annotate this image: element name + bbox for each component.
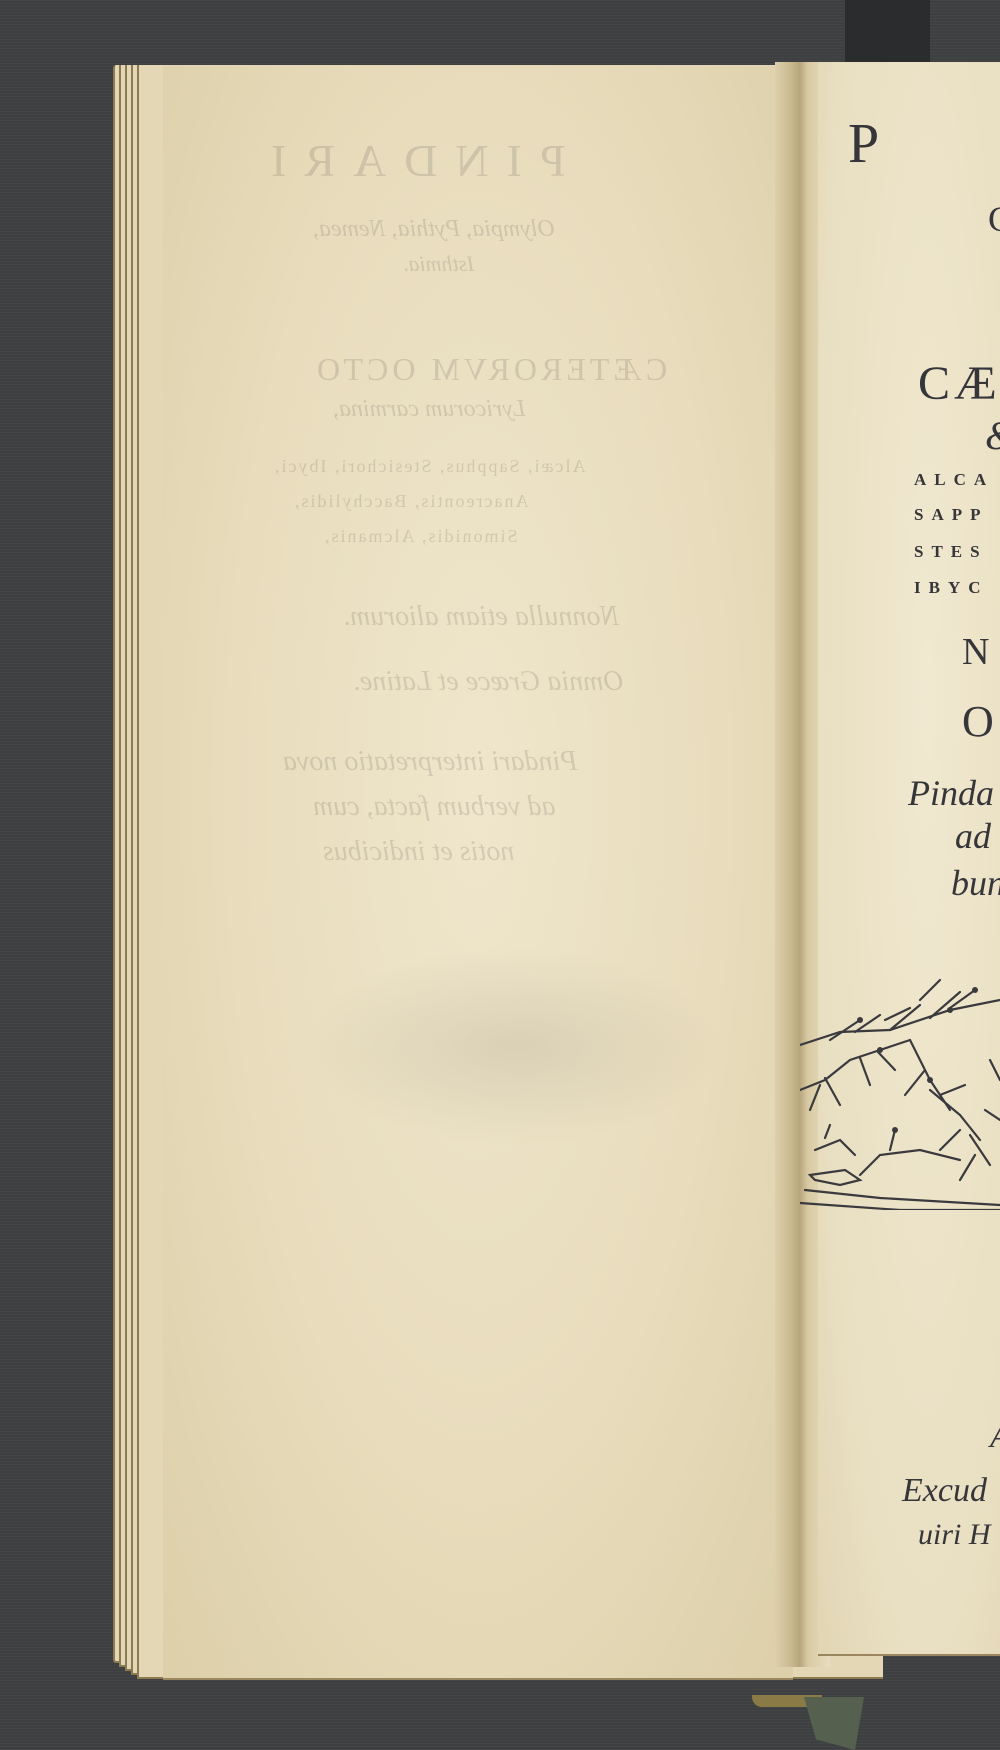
- ghost-text: Olympia, Pythia, Nemea,: [313, 216, 555, 243]
- left-page: PINDARI Olympia, Pythia, Nemea, Isthmia.…: [163, 66, 793, 1680]
- title-letter: C: [988, 198, 1000, 240]
- title-letter: O: [962, 696, 994, 747]
- subtitle-text: Pinda: [908, 772, 994, 814]
- ghost-ornament: [303, 946, 723, 1146]
- ghost-text: Lyricorum carmina,: [333, 396, 526, 423]
- author-name: SAPP: [914, 505, 989, 525]
- ghost-text: ad verbum facta, cum: [313, 791, 556, 823]
- printers-device-ornament-icon: [800, 880, 1000, 1210]
- ghost-text: Omnia Græce et Latine.: [353, 666, 624, 698]
- ghost-text: CÆTERORVM OCTO: [313, 351, 667, 388]
- ghost-text: Anacreontis, Bacchylidis,: [293, 491, 528, 512]
- author-name: STES: [914, 542, 988, 562]
- imprint-text: Excud: [902, 1472, 987, 1510]
- ghost-text: Isthmia.: [403, 251, 475, 277]
- ghost-text: Simonidis, Alcmanis,: [323, 526, 518, 547]
- ghost-text: Nonnulla etiam aliorum.: [343, 601, 619, 633]
- ghost-text: Pindari interpretatio nova: [283, 746, 578, 778]
- title-letter: N: [962, 630, 989, 674]
- ribbon-green: [804, 1697, 864, 1750]
- author-name: IBYC: [914, 578, 989, 598]
- imprint-text: A: [990, 1418, 1000, 1456]
- bookmark-ribbon: [752, 1695, 872, 1750]
- book-cover-shadow: [845, 0, 930, 62]
- subtitle-text: ad: [955, 815, 991, 857]
- title-text: CÆ: [918, 356, 1000, 411]
- ghost-text: notis et indicibus: [323, 836, 514, 868]
- author-name: ALCA: [914, 470, 994, 490]
- imprint-text: uiri H: [918, 1518, 991, 1552]
- ampersand: &: [985, 412, 1000, 459]
- ghost-text: PINDARI: [253, 134, 566, 187]
- right-page: [818, 62, 1000, 1656]
- ghost-text: Alcæi, Sapphus, Stesichori, Ibyci,: [273, 456, 585, 477]
- title-letter: P: [848, 112, 879, 176]
